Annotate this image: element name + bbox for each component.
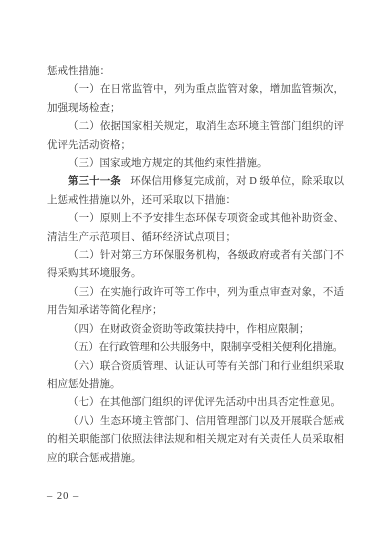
clause-item: （六）联合资质管理、认证认可等有关部门和行业组织采取相应惩处措施。 bbox=[47, 358, 344, 395]
document-body: 惩戒性措施： （一）在日常监管中，列为重点监管对象，增加监管频次，加强现场检查；… bbox=[47, 63, 344, 468]
clause-item: （七）在其他部门组织的评优评先活动中出具否定性意见。 bbox=[47, 394, 344, 412]
clause-item: （二）依据国家相关规定，取消生态环境主管部门组织的评优评先活动资格； bbox=[47, 118, 344, 155]
document-page: 惩戒性措施： （一）在日常监管中，列为重点监管对象，增加监管频次，加强现场检查；… bbox=[0, 0, 390, 551]
clause-item: （三）在实施行政许可等工作中，列为重点审查对象，不适用告知承诺等简化程序； bbox=[47, 284, 344, 321]
clause-item: （五）在行政管理和公共服务中，限制享受相关便利化措施。 bbox=[47, 339, 344, 357]
page-number: – 20 – bbox=[47, 491, 79, 502]
clause-item: （二）针对第三方环保服务机构，各级政府或者有关部门不得采购其环境服务。 bbox=[47, 247, 344, 284]
clause-item: （三）国家或地方规定的其他约束性措施。 bbox=[47, 155, 344, 173]
article-number: 第三十一条 bbox=[68, 176, 121, 187]
clause-item: （八）生态环境主管部门、信用管理部门以及开展联合惩戒的相关职能部门依照法律法规和… bbox=[47, 413, 344, 468]
clause-item: （一）在日常监管中，列为重点监管对象，增加监管频次，加强现场检查； bbox=[47, 81, 344, 118]
paragraph-continuation: 惩戒性措施： bbox=[47, 63, 344, 81]
clause-item: （一）原则上不予安排生态环保专项资金或其他补助资金、清洁生产示范项目、循环经济试… bbox=[47, 210, 344, 247]
article-paragraph: 第三十一条环保信用修复完成前，对 D 级单位，除采取以上惩戒性措施以外，还可采取… bbox=[47, 173, 344, 210]
clause-item: （四）在财政资金资助等政策扶持中，作相应限制； bbox=[47, 321, 344, 339]
